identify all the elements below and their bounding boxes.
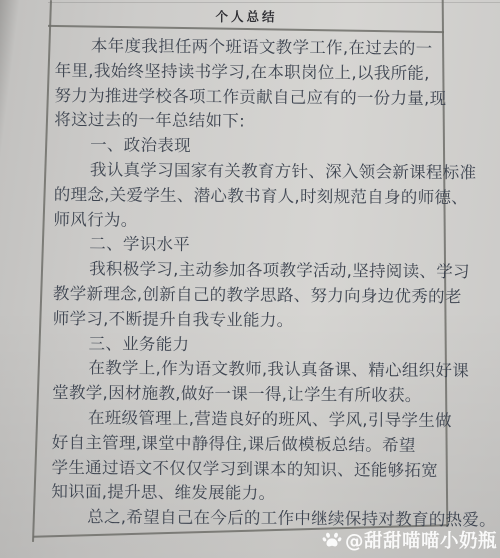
handwriting-block: 本年度我担任两个班语文教学工作,在过去的一年里,我始终坚持读书学习,在本职岗位上… <box>51 34 443 533</box>
handwritten-line: 将这过去的一年总结如下: <box>54 108 442 136</box>
handwritten-line: 二、学识水平 <box>53 232 441 260</box>
handwritten-line: 师学习,不断提升自我专业能力。 <box>53 307 441 335</box>
handwritten-line: 学生通过语文不仅仅学习到课本的知识、还能够拓宽 <box>51 456 439 484</box>
handwritten-line: 堂教学,因材施教,做好一课一得,让学生有所收获。 <box>52 381 440 409</box>
page-title: 个人总结 <box>51 7 442 25</box>
handwritten-line: 在班级管理上,营造良好的班风、学风,引导学生做 <box>52 406 440 434</box>
handwritten-line: 我积极学习,主动参加各项教学活动,坚持阅读、学习 <box>53 257 441 285</box>
paper-photo: 个人总结 本年度我担任两个班语文教学工作,在过去的一年里,我始终坚持读书学习,在… <box>0 0 500 558</box>
handwritten-line: 年里,我始终坚持读书学习,在本职岗位上,以我所能, <box>55 59 443 87</box>
paper-top-edge-line <box>48 2 500 3</box>
handwritten-line: 在教学上,作为语文教师,我认真备课、精心组织好课 <box>52 356 440 384</box>
table-border-left <box>32 0 51 542</box>
handwritten-line: 教学新理念,创新自己的教学思路、努力向身边优秀的老 <box>53 282 441 310</box>
handwritten-line: 一、政治表现 <box>54 133 442 161</box>
handwritten-line: 本年度我担任两个班语文教学工作,在过去的一 <box>55 34 443 62</box>
watermark: @甜甜喵喵小奶瓶 <box>322 527 497 553</box>
handwritten-line: 三、业务能力 <box>52 332 440 360</box>
handwritten-line: 努力为推进学校各项工作贡献自己应有的一份力量,现 <box>54 84 442 112</box>
watermark-handle: @甜甜喵喵小奶瓶 <box>345 527 497 553</box>
handwritten-line: 知识面,提升思、维发展能力。 <box>51 480 439 508</box>
table-border-top <box>48 25 444 33</box>
paw-icon <box>322 530 342 550</box>
handwritten-line: 我认真学习国家有关教育方针、深入领会新课程标准 <box>54 158 442 186</box>
handwritten-line: 的理念,关爱学生、潜心教书育人,时刻规范自身的师德、 <box>54 183 442 211</box>
handwritten-line: 师风行为。 <box>53 208 441 236</box>
handwritten-line: 好自主管理,课堂中静得住,课后做模板总结。希望 <box>52 431 440 459</box>
